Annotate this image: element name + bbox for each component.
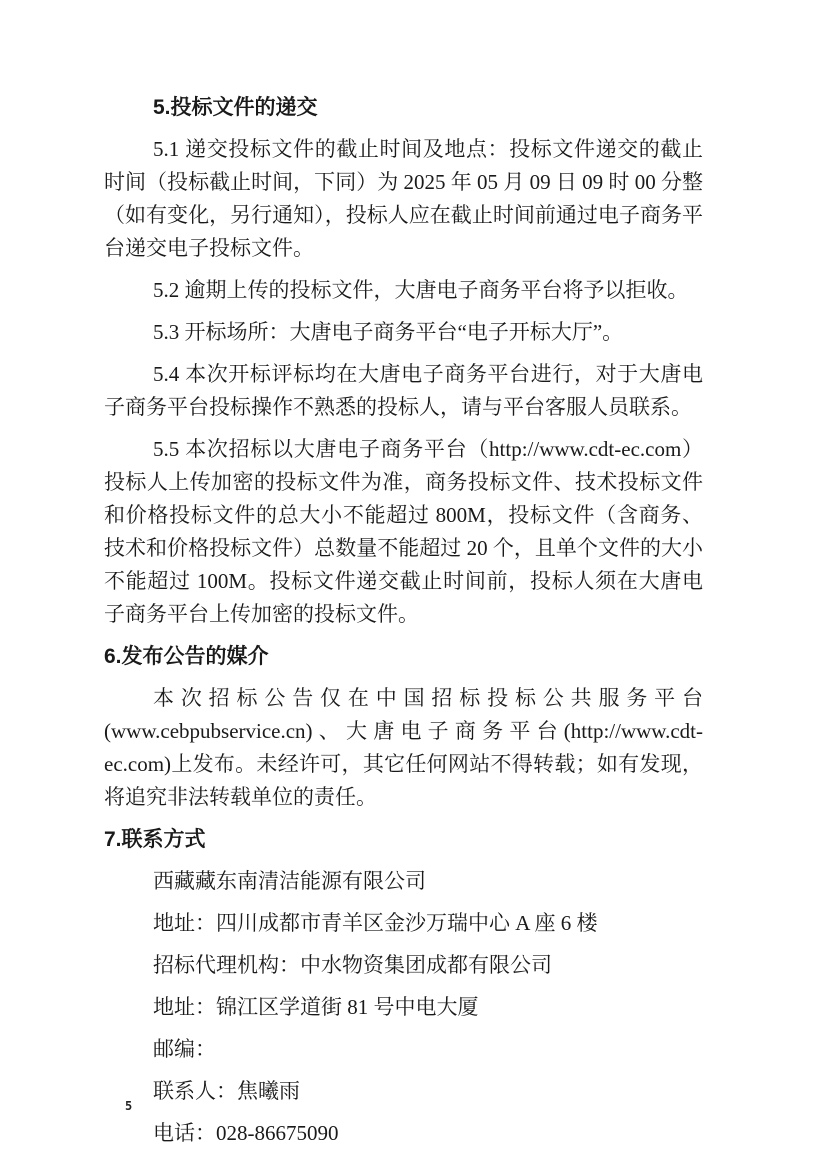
paragraph-5-3: 5.3 开标场所：大唐电子商务平台“电子开标大厅”。 (104, 316, 703, 349)
contact-person: 联系人：焦曦雨 (104, 1075, 703, 1108)
paragraph-5-4: 5.4 本次开标评标均在大唐电子商务平台进行，对于大唐电子商务平台投标操作不熟悉… (104, 358, 703, 424)
section-5-heading: 5.投标文件的递交 (153, 91, 703, 124)
paragraph-5-1: 5.1 递交投标文件的截止时间及地点：投标文件递交的截止时间（投标截止时间，下同… (104, 133, 703, 265)
contact-postcode: 邮编： (104, 1033, 703, 1066)
contact-address-2: 地址：锦江区学道街 81 号中电大厦 (104, 991, 703, 1024)
contact-company: 西藏藏东南清洁能源有限公司 (104, 865, 703, 898)
paragraph-5-2: 5.2 逾期上传的投标文件，大唐电子商务平台将予以拒收。 (104, 274, 703, 307)
paragraph-5-5: 5.5 本次招标以大唐电子商务平台（http://www.cdt-ec.com）… (104, 433, 703, 631)
page-number: 5 (125, 1098, 132, 1114)
paragraph-6-1: 本次招标公告仅在中国招标投标公共服务平台(www.cebpubservice.c… (104, 682, 703, 814)
contact-agency: 招标代理机构：中水物资集团成都有限公司 (104, 949, 703, 982)
document-page: 5.投标文件的递交 5.1 递交投标文件的截止时间及地点：投标文件递交的截止时间… (0, 0, 827, 1169)
section-6-heading: 6.发布公告的媒介 (104, 640, 703, 673)
section-7-heading: 7.联系方式 (104, 823, 703, 856)
contact-address-1: 地址：四川成都市青羊区金沙万瑞中心 A 座 6 楼 (104, 907, 703, 940)
contact-phone: 电话：028-86675090 (104, 1117, 703, 1150)
